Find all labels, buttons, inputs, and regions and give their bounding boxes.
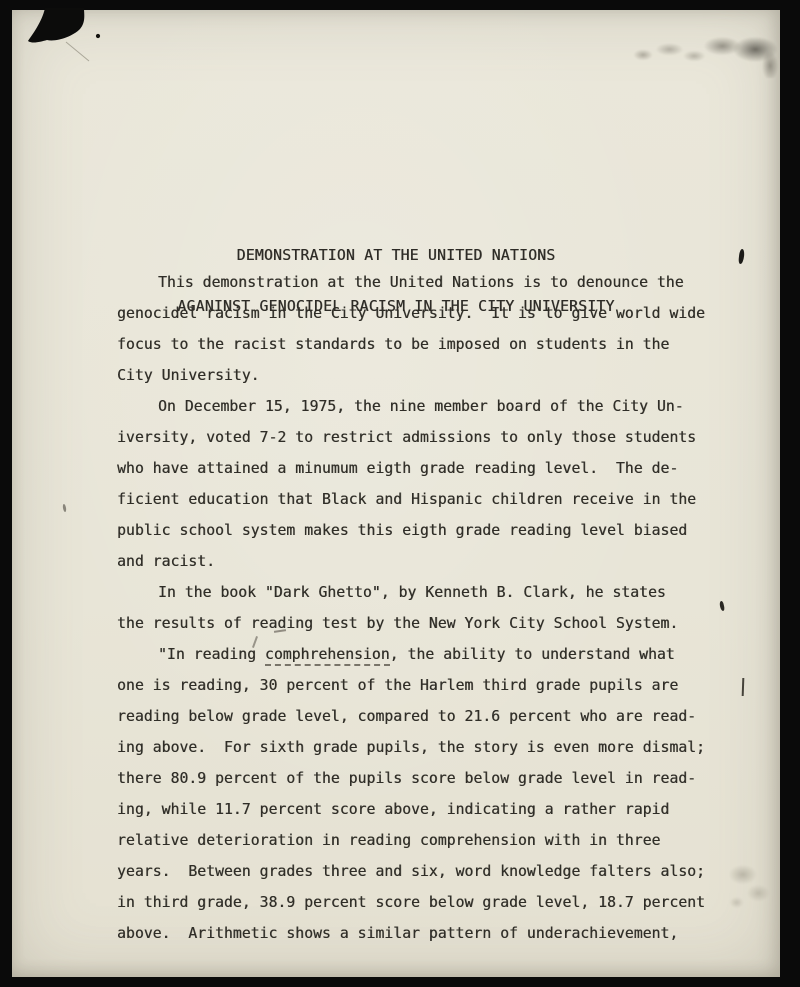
text-line: ing, while 11.7 percent score above, ind… bbox=[117, 794, 705, 825]
text-line: genocidel racism in the City University.… bbox=[117, 298, 705, 329]
right-margin-apostrophe-mark bbox=[719, 601, 725, 612]
text-line: reading below grade level, compared to 2… bbox=[117, 701, 705, 732]
top-left-ink-blob bbox=[26, 8, 136, 78]
text-line: In the book "Dark Ghetto", by Kenneth B.… bbox=[117, 577, 705, 608]
text-line: relative deterioration in reading compre… bbox=[117, 825, 705, 856]
text-line: one is reading, 30 percent of the Harlem… bbox=[117, 670, 705, 701]
right-margin-pencil-line bbox=[742, 678, 745, 696]
left-margin-tick bbox=[62, 504, 66, 512]
text-line: "In reading comphrehension, the ability … bbox=[117, 639, 705, 670]
text-line: ing above. For sixth grade pupils, the s… bbox=[117, 732, 705, 763]
text-line: who have attained a minumum eigth grade … bbox=[117, 453, 705, 484]
text-line: City University. bbox=[117, 360, 705, 391]
text-line: focus to the racist standards to be impo… bbox=[117, 329, 705, 360]
text-line: This demonstration at the United Nations… bbox=[117, 267, 705, 298]
text-line: years. Between grades three and six, wor… bbox=[117, 856, 705, 887]
text-line: above. Arithmetic shows a similar patter… bbox=[117, 918, 705, 949]
text-line: the results of reading test by the New Y… bbox=[117, 608, 705, 639]
scanned-document-page: DEMONSTRATION AT THE UNITED NATIONS AGAN… bbox=[0, 0, 800, 987]
title-line-1: DEMONSTRATION AT THE UNITED NATIONS bbox=[12, 247, 780, 264]
paper-sheet: DEMONSTRATION AT THE UNITED NATIONS AGAN… bbox=[12, 10, 780, 977]
text-line: and racist. bbox=[117, 546, 705, 577]
text-line: On December 15, 1975, the nine member bo… bbox=[117, 391, 705, 422]
text-line: in third grade, 38.9 percent score below… bbox=[117, 887, 705, 918]
text-line: public school system makes this eigth gr… bbox=[117, 515, 705, 546]
text-line: there 80.9 percent of the pupils score b… bbox=[117, 763, 705, 794]
top-right-pencil-smudge bbox=[620, 23, 785, 78]
document-body: This demonstration at the United Nations… bbox=[117, 267, 705, 949]
text-line: iversity, voted 7-2 to restrict admissio… bbox=[117, 422, 705, 453]
text-line: ficient education that Black and Hispani… bbox=[117, 484, 705, 515]
pencil-underlined-word: comphrehension bbox=[265, 646, 390, 666]
bottom-right-faint-smudge bbox=[718, 856, 780, 918]
